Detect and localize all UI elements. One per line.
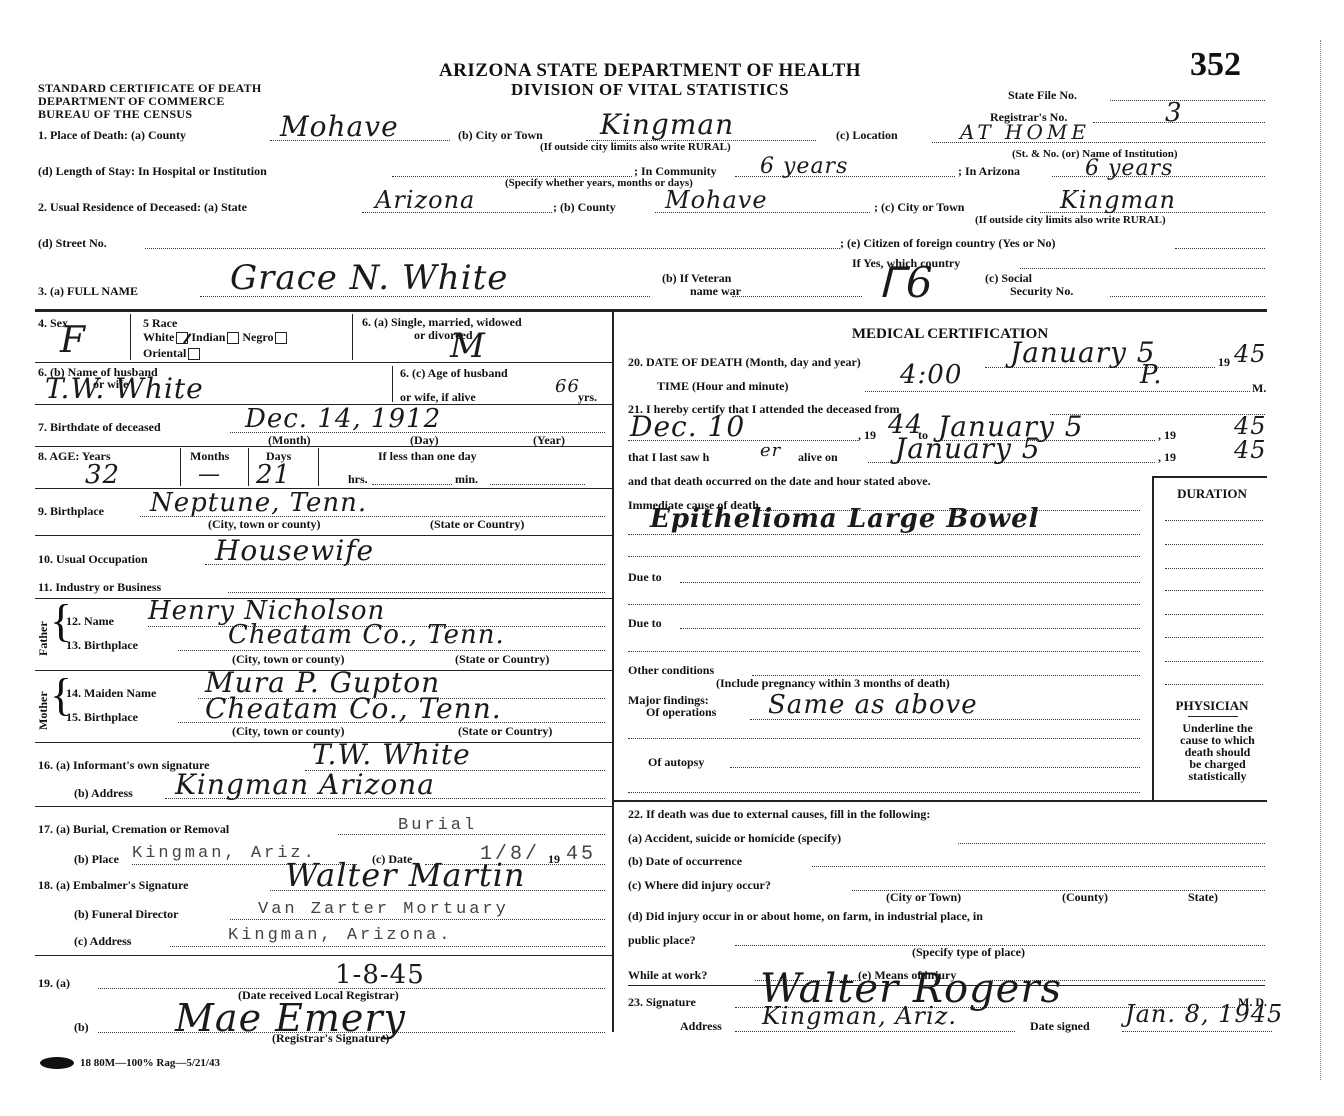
funeral-director-line [230, 919, 605, 920]
section-divider [614, 800, 1267, 802]
duration-top-rule [1152, 476, 1267, 478]
mother-name-label: 14. Maiden Name [66, 686, 156, 701]
race-indian-checkbox[interactable] [227, 332, 239, 344]
citizen-label: ; (e) Citizen of foreign country (Yes or… [840, 236, 1056, 251]
scribble-mark: Ꮁ6 [880, 258, 934, 308]
death-city-value[interactable]: Kingman [600, 108, 734, 141]
form-type-line: BUREAU OF THE CENSUS [38, 108, 262, 121]
row-divider [35, 806, 612, 807]
residence-county-value[interactable]: Mohave [665, 186, 768, 214]
birthplace-value[interactable]: Neptune, Tenn. [150, 488, 367, 518]
race-label: 5 Race [143, 316, 177, 331]
mother-city-note: (City, town or county) [232, 724, 344, 739]
arizona-label: ; In Arizona [958, 164, 1020, 179]
due-to-2-line-2 [628, 651, 1140, 652]
document-title: ARIZONA STATE DEPARTMENT OF HEALTH [330, 60, 970, 82]
which-country-field[interactable] [1020, 268, 1265, 269]
birthdate-value[interactable]: Dec. 14, 1912 [245, 404, 441, 434]
alive-on-label: alive on [798, 450, 838, 465]
burial-value[interactable]: Burial [398, 816, 477, 835]
duration-field-7[interactable] [1165, 661, 1263, 662]
birthplace-city-note: (City, town or county) [208, 517, 320, 532]
duration-field-6[interactable] [1165, 637, 1263, 638]
birthdate-label: 7. Birthdate of deceased [38, 420, 161, 435]
place-of-death-label: 1. Place of Death: (a) County [38, 128, 186, 143]
cell-divider [392, 366, 393, 402]
cell-divider [318, 448, 319, 486]
duration-field-1[interactable] [1165, 520, 1263, 521]
age-days-value[interactable]: 21 [256, 460, 291, 490]
marital-status-value[interactable]: M [450, 326, 486, 366]
father-birthplace-value[interactable]: Cheatam Co., Tenn. [228, 620, 505, 650]
race-oriental-label: Oriental [143, 346, 186, 360]
veteran-label: (b) If Veteran name war [662, 272, 741, 298]
physician-rule [1188, 716, 1238, 717]
row-divider [35, 446, 612, 447]
print-code-text: 18 80M—100% Rag—5/21/43 [80, 1057, 220, 1069]
marital-label-line: or divorced [362, 329, 522, 342]
informant-address-value[interactable]: Kingman Arizona [175, 768, 435, 801]
duration-field-3[interactable] [1165, 568, 1263, 569]
residence-city-value[interactable]: Kingman [1060, 186, 1176, 214]
operations-line-2 [628, 738, 1140, 739]
embalmer-signature-value[interactable]: Walter Martin [285, 856, 526, 894]
major-findings-label: Major findings: Of operations [628, 694, 716, 718]
burial-year-value[interactable]: 45 [566, 843, 596, 866]
last-saw-label: that I last saw h [628, 450, 709, 465]
citizen-field[interactable] [1175, 248, 1265, 249]
residence-state-value[interactable]: Arizona [375, 186, 475, 214]
industry-field[interactable] [228, 592, 605, 593]
embalmer-label: 18. (a) Embalmer's Signature [38, 878, 188, 893]
immediate-cause-value[interactable]: Epithelioma Large Bowel [650, 504, 1040, 534]
time-of-death-label: TIME (Hour and minute) [657, 379, 788, 394]
location-label: (c) Location [836, 128, 898, 143]
burial-place-label: (b) Place [74, 852, 119, 867]
full-name-label: 3. (a) FULL NAME [38, 284, 138, 299]
date-of-death-value[interactable]: January 5 [1010, 336, 1156, 369]
physician-address-value[interactable]: Kingman, Ariz. [762, 1002, 957, 1030]
ssn-field[interactable] [1110, 296, 1265, 297]
physician-address-line [735, 1031, 1015, 1032]
date-year-prefix: 19 [1218, 355, 1230, 370]
cell-divider [180, 448, 181, 486]
occupation-value[interactable]: Housewife [215, 534, 374, 567]
arizona-stay-value[interactable]: 6 years [1085, 156, 1173, 181]
date-signed-value[interactable]: Jan. 8, 1945 [1125, 1000, 1283, 1028]
public-place-note: (Specify type of place) [912, 945, 1025, 960]
page-edge [1320, 40, 1321, 1080]
veteran-field[interactable] [732, 296, 862, 297]
race-negro-label: Negro [242, 330, 273, 344]
race-oriental-checkbox[interactable] [188, 348, 200, 360]
death-county-value[interactable]: Mohave [280, 110, 399, 143]
autopsy-label: Of autopsy [648, 755, 704, 770]
res-county-label: ; (b) County [553, 200, 616, 215]
res-city-note: (If outside city limits also write RURAL… [975, 214, 1166, 226]
less-than-day-label: If less than one day [378, 449, 477, 464]
cell-divider [352, 314, 353, 360]
last-saw-year-prefix: , 19 [1158, 450, 1176, 465]
immediate-cause-line-3 [628, 556, 1140, 557]
spouse-name-value[interactable]: T.W. White [45, 372, 204, 405]
spouse-age-value[interactable]: 66 [555, 376, 580, 397]
injury-city-note: (City or Town) [886, 890, 961, 905]
ssn-label: (c) Social Security No. [985, 272, 1073, 298]
date-signed-label: Date signed [1030, 1019, 1090, 1034]
registrar-number[interactable]: 3 [1165, 98, 1183, 128]
external-causes-heading: 22. If death was due to external causes,… [628, 807, 930, 822]
funeral-address-line [170, 946, 605, 947]
duration-divider [1152, 476, 1154, 801]
immediate-cause-line-2 [628, 534, 1140, 535]
veteran-label-line: name war [662, 285, 741, 298]
printer-stamp-icon [40, 1057, 74, 1069]
date-of-death-year[interactable]: 45 [1234, 340, 1267, 368]
row-divider [35, 362, 612, 363]
physician-heading: PHYSICIAN [1158, 698, 1266, 714]
at-work-label: While at work? [628, 968, 707, 983]
birthplace-state-note: (State or Country) [430, 517, 524, 532]
due-to-2-field[interactable] [680, 628, 1140, 629]
funeral-address-value[interactable]: Kingman, Arizona. [228, 926, 452, 945]
to-year-prefix: , 19 [1158, 428, 1176, 443]
last-saw-year-value[interactable]: 45 [1234, 436, 1267, 464]
funeral-director-value[interactable]: Van Zarter Mortuary [258, 900, 509, 919]
occurrence-date-field[interactable] [812, 866, 1265, 867]
informant-address-label: (b) Address [74, 786, 133, 801]
father-state-note: (State or Country) [455, 652, 549, 667]
mother-birthplace-label: 15. Birthplace [66, 710, 138, 725]
mother-side-label: Mother [36, 691, 51, 730]
duration-field-8[interactable] [1165, 684, 1263, 685]
accident-field[interactable] [958, 843, 1265, 844]
autopsy-field[interactable] [730, 767, 1140, 768]
burial-year-prefix: 19 [548, 852, 560, 867]
funeral-director-label: (b) Funeral Director [74, 907, 178, 922]
ssn-label-line: Security No. [985, 285, 1073, 298]
attended-from-value[interactable]: Dec. 10 [630, 410, 745, 443]
birthplace-label: 9. Birthplace [38, 504, 104, 519]
local-registrar-date-label: 19. (a) [38, 976, 70, 991]
date-of-death-label: 20. DATE OF DEATH (Month, day and year) [628, 355, 861, 370]
death-location-value[interactable]: AT HOME [960, 120, 1090, 144]
occurred-statement: and that death occurred on the date and … [628, 474, 931, 489]
last-saw-date-value[interactable]: January 5 [895, 432, 1041, 465]
public-place-label: public place? [628, 933, 696, 948]
due-to-1-field[interactable] [680, 582, 1140, 583]
informant-signature-value[interactable]: T.W. White [312, 738, 471, 771]
race-options-row-2: Oriental [143, 346, 200, 361]
city-note: (If outside city limits also write RURAL… [540, 141, 731, 153]
accident-label: (a) Accident, suicide or homicide (speci… [628, 831, 841, 846]
father-side-label: Father [36, 621, 51, 656]
due-to-1-line-2 [628, 604, 1140, 605]
min-field[interactable] [490, 484, 585, 485]
spouse-age-label-2: or wife, if alive [400, 390, 476, 405]
injury-county-note: (County) [1062, 890, 1108, 905]
street-field[interactable] [145, 248, 840, 249]
column-divider [612, 312, 614, 1032]
hrs-field[interactable] [372, 484, 452, 485]
injury-place-label: (c) Where did injury occur? [628, 878, 771, 893]
state-file-field[interactable] [1110, 100, 1265, 101]
industry-label: 11. Industry or Business [38, 580, 161, 595]
father-city-note: (City, town or county) [232, 652, 344, 667]
physician-note: Underline the cause to which death shoul… [1160, 722, 1275, 782]
race-white-label: White [143, 330, 174, 344]
injury-state-note: State) [1188, 890, 1218, 905]
race-negro-checkbox[interactable] [275, 332, 287, 344]
physician-address-label: Address [680, 1019, 722, 1034]
other-conditions-label: Other conditions [628, 663, 714, 678]
autopsy-line-2 [628, 792, 1140, 793]
section-divider [35, 309, 1267, 312]
street-label: (d) Street No. [38, 236, 107, 251]
form-type-header: STANDARD CERTIFICATE OF DEATH DEPARTMENT… [38, 82, 262, 121]
physician-signature-label: 23. Signature [628, 995, 696, 1010]
major-findings-line: Of operations [628, 706, 716, 718]
last-saw-pronoun[interactable]: er [760, 440, 781, 461]
min-label: min. [455, 472, 478, 487]
length-of-stay-label: (d) Length of Stay: In Hospital or Insti… [38, 164, 267, 179]
mother-state-note: (State or Country) [458, 724, 552, 739]
race-options-row-1: White Indian Negro [143, 330, 287, 345]
funeral-address-label: (c) Address [74, 934, 131, 949]
duration-field-5[interactable] [1165, 614, 1263, 615]
full-name-value[interactable]: Grace N. White [230, 258, 508, 298]
community-stay-value[interactable]: 6 years [760, 154, 848, 179]
spouse-age-label: 6. (c) Age of husband [400, 366, 508, 381]
race-indian-label: Indian [191, 330, 225, 344]
time-line [865, 391, 1250, 392]
operations-findings-value[interactable]: Same as above [768, 690, 978, 720]
father-birthplace-label: 13. Birthplace [66, 638, 138, 653]
age-months-value[interactable]: — [198, 462, 221, 487]
cell-divider [248, 448, 249, 486]
due-to-2-label: Due to [628, 616, 662, 631]
sex-value[interactable]: F [60, 320, 86, 361]
hrs-label: hrs. [348, 472, 368, 487]
res-city-label: ; (c) City or Town [874, 200, 964, 215]
duration-field-2[interactable] [1165, 544, 1263, 545]
due-to-1-label: Due to [628, 570, 662, 585]
burial-label: 17. (a) Burial, Cremation or Removal [38, 822, 229, 837]
duration-heading: DURATION [1158, 486, 1266, 502]
file-number: 352 [1190, 46, 1241, 84]
city-label: (b) City or Town [458, 128, 543, 143]
state-file-label: State File No. [1008, 88, 1077, 103]
age-years-value[interactable]: 32 [85, 460, 120, 490]
duration-field-4[interactable] [1165, 590, 1263, 591]
time-suffix: M. [1252, 381, 1266, 396]
occupation-label: 10. Usual Occupation [38, 552, 148, 567]
marital-status-label: 6. (a) Single, married, widowed or divor… [362, 316, 522, 342]
print-code: 18 80M—100% Rag—5/21/43 [40, 1057, 220, 1069]
time-ampm-value[interactable]: P. [1140, 360, 1163, 390]
document-subtitle: DIVISION OF VITAL STATISTICS [330, 80, 970, 100]
cell-divider [130, 314, 131, 360]
race-white-checkbox[interactable] [176, 332, 188, 344]
usual-residence-label: 2. Usual Residence of Deceased: (a) Stat… [38, 200, 247, 215]
mother-birthplace-value[interactable]: Cheatam Co., Tenn. [205, 692, 502, 725]
date-signed-line [1122, 1031, 1272, 1032]
spouse-age-unit: yrs. [578, 390, 597, 405]
father-birthplace-line [178, 650, 605, 651]
injury-type-label: (d) Did injury occur in or about home, o… [628, 909, 983, 924]
other-conditions-note: (Include pregnancy within 3 months of de… [716, 676, 950, 691]
physician-note-line: statistically [1160, 770, 1275, 782]
registrar-signature-label: (b) [74, 1020, 89, 1035]
father-name-label: 12. Name [66, 614, 114, 629]
from-year-prefix: , 19 [858, 428, 876, 443]
local-registrar-date-value[interactable]: 1-8-45 [335, 960, 425, 990]
row-divider [35, 955, 612, 956]
time-of-death-value[interactable]: 4:00 [900, 360, 962, 390]
medical-certification-heading: MEDICAL CERTIFICATION [620, 326, 1280, 343]
occurrence-date-label: (b) Date of occurrence [628, 854, 742, 869]
registrar-signature-note: (Registrar's Signature) [272, 1031, 389, 1046]
